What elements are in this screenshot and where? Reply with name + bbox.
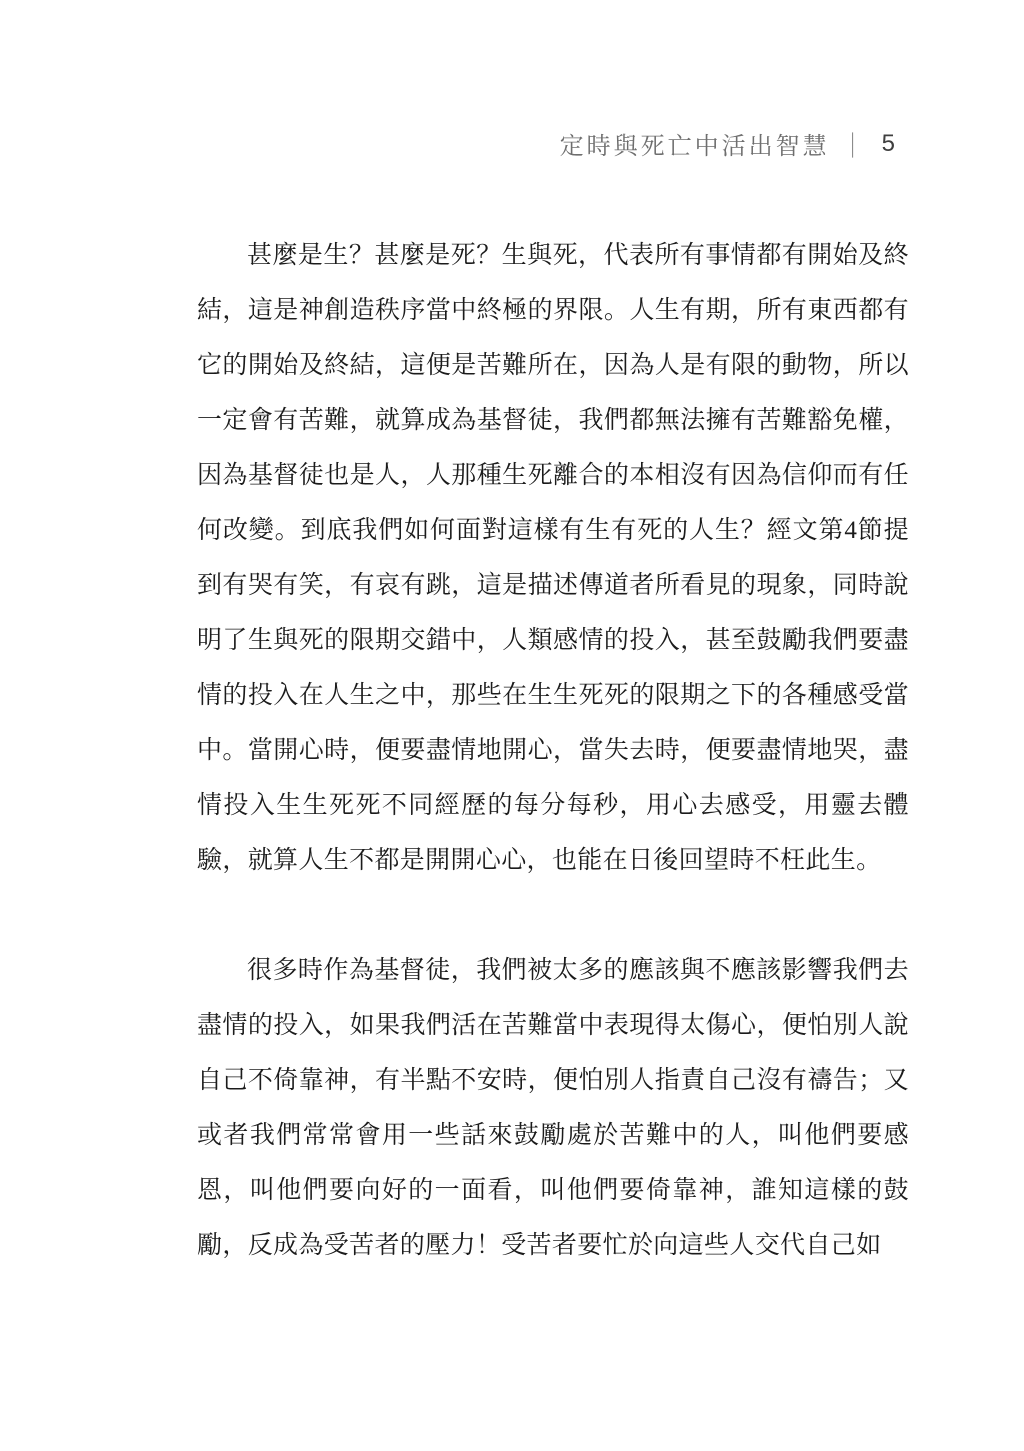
page-number: 5 [882, 130, 895, 158]
page-header: 定時與死亡中活出智慧 ｜ 5 [560, 126, 895, 161]
body-paragraph-1: 甚麼是生？甚麼是死？生與死，代表所有事情都有開始及終結，這是神創造秩序當中終極的… [197, 228, 909, 888]
page-body: 甚麼是生？甚麼是死？生與死，代表所有事情都有開始及終結，這是神創造秩序當中終極的… [197, 228, 909, 1273]
book-page: 定時與死亡中活出智慧 ｜ 5 甚麼是生？甚麼是死？生與死，代表所有事情都有開始及… [0, 0, 1024, 1451]
header-separator: ｜ [841, 125, 868, 162]
body-paragraph-2: 很多時作為基督徒，我們被太多的應該與不應該影響我們去盡情的投入，如果我們活在苦難… [197, 943, 909, 1273]
chapter-title: 定時與死亡中活出智慧 [560, 126, 830, 161]
